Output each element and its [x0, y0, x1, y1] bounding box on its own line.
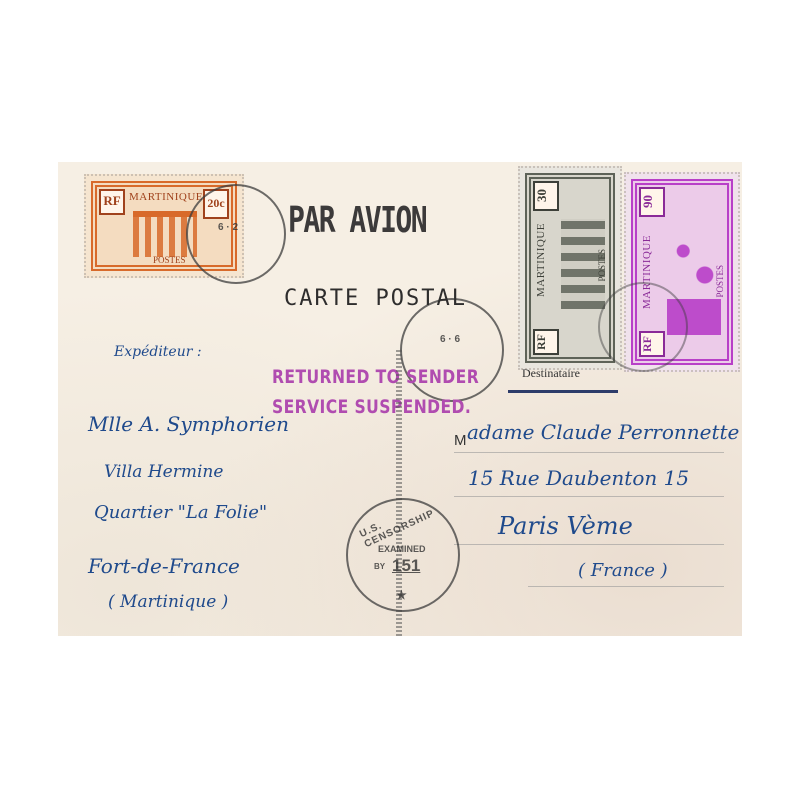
- sender-line-name: Mlle A. Symphorien: [88, 412, 289, 436]
- censorship-by: BY: [374, 562, 385, 571]
- par-avion-cachet: PAR AVION: [288, 200, 426, 241]
- postmark-date: 6 · 6: [440, 334, 460, 345]
- us-censorship-postmark: U.S. CENSORSHIP EXAMINED BY 151 ★: [346, 498, 460, 612]
- censorship-number: 151: [392, 556, 420, 576]
- stamp-label: POSTES: [597, 249, 607, 282]
- stamp-label: POSTES: [153, 255, 186, 265]
- censorship-ring-text: U.S. CENSORSHIP: [358, 488, 458, 550]
- recipient-line-country: ( France ): [578, 560, 668, 581]
- address-rule: [454, 496, 724, 497]
- sender-line-city: Fort-de-France: [88, 554, 240, 578]
- stamp-value: 30: [533, 181, 559, 211]
- sender-heading: Expéditeur :: [114, 344, 202, 360]
- stamp-monogram: RF: [99, 189, 125, 215]
- address-rule: [454, 452, 724, 453]
- postcard: RF MARTINIQUE 20c POSTES 30 MARTINIQUE R…: [58, 162, 742, 636]
- destinataire-rule: [508, 390, 618, 393]
- stamp-value: 90: [639, 187, 665, 217]
- recipient-line-name: adame Claude Perronnette: [467, 420, 739, 444]
- recipient-line-street: 15 Rue Daubenton 15: [468, 466, 689, 490]
- postmark-fort-de-france-left: 6 · 2: [186, 184, 286, 284]
- sender-line-villa: Villa Hermine: [104, 462, 223, 482]
- returned-to-sender-cachet: RETURNED TO SENDER SERVICE SUSPENDED.: [272, 362, 479, 422]
- stamp-monogram: RF: [533, 329, 559, 355]
- censorship-examined: EXAMINED: [378, 544, 426, 554]
- address-rule: [454, 544, 724, 545]
- stamp-country: MARTINIQUE: [535, 223, 547, 297]
- returned-line-2: SERVICE SUSPENDED.: [272, 392, 479, 422]
- postmark-fort-de-france-right: [598, 282, 688, 372]
- carte-postale-heading: CARTE POSTAL: [284, 286, 467, 311]
- address-rule: [528, 586, 724, 587]
- recipient-line-city: Paris Vème: [498, 512, 633, 540]
- returned-line-1: RETURNED TO SENDER: [272, 362, 479, 392]
- destinataire-label: Destinataire: [522, 366, 580, 381]
- star-icon: ★: [396, 588, 407, 602]
- stamp-country: MARTINIQUE: [129, 191, 203, 203]
- stamp-label: POSTES: [715, 265, 725, 298]
- sender-line-country: ( Martinique ): [108, 592, 228, 612]
- stamp-roof: [133, 211, 197, 217]
- sender-line-quartier: Quartier "La Folie": [94, 502, 267, 523]
- madame-prefix: M: [454, 432, 467, 449]
- postmark-date: 6 · 2: [218, 222, 238, 233]
